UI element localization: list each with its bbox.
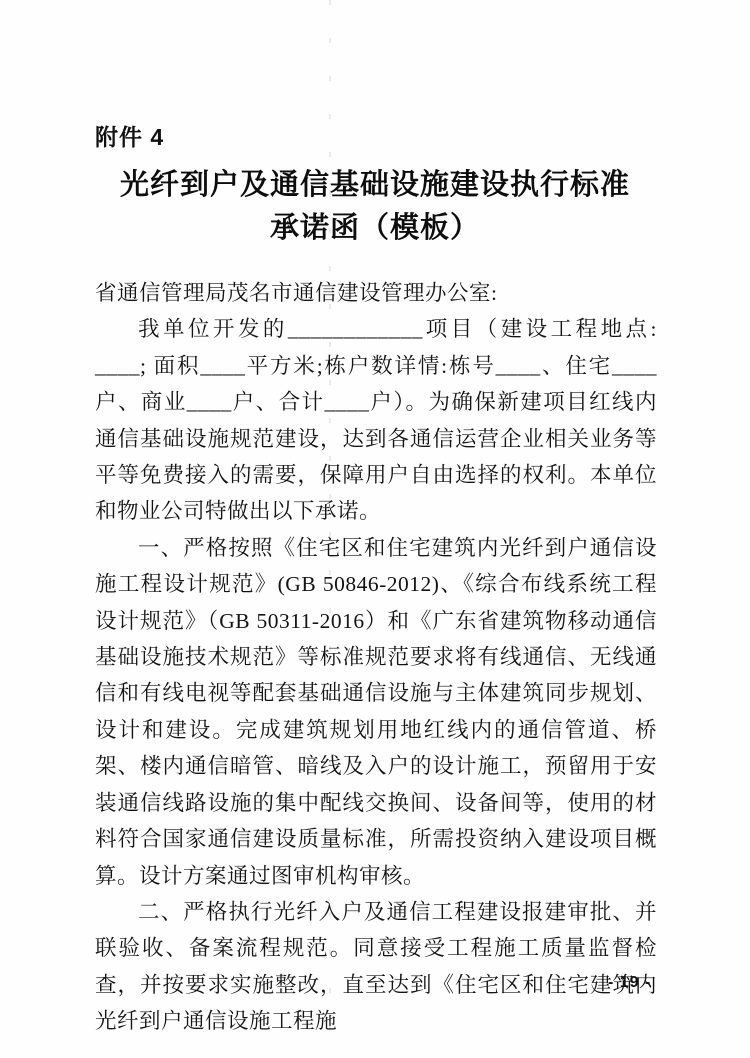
document-title: 光纤到户及通信基础设施建设执行标准 承诺函（模板）	[0, 164, 750, 250]
document-body: 省通信管理局茂名市通信建设管理办公室: 我单位开发的____________项目…	[95, 275, 657, 1040]
attachment-label: 附件 4	[95, 119, 164, 152]
body-paragraph-commitment-1: 一、严格按照《住宅区和住宅建筑内光纤到户通信设施工程设计规范》(GB 50846…	[95, 530, 657, 894]
document-title-line1: 光纤到户及通信基础设施建设执行标准	[0, 164, 750, 207]
document-title-line2: 承诺函（模板）	[0, 207, 750, 250]
body-paragraph-commitment-2: 二、严格执行光纤入户及通信工程建设报建审批、并联验收、备案流程规范。同意接受工程…	[95, 894, 657, 1040]
page-number: - 19 -	[608, 974, 651, 992]
body-paragraph-project-info: 我单位开发的____________项目（建设工程地点: ____; 面积___…	[95, 311, 657, 529]
scanned-document-page: 附件 4 光纤到户及通信基础设施建设执行标准 承诺函（模板） 省通信管理局茂名市…	[0, 0, 750, 1058]
salutation: 省通信管理局茂名市通信建设管理办公室:	[95, 275, 657, 311]
